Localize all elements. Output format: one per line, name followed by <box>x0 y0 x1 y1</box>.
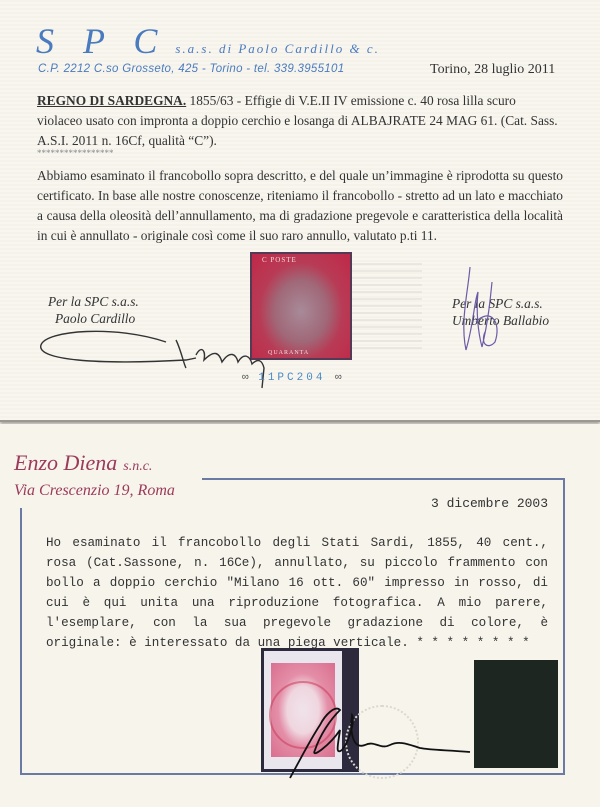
signature-diena <box>280 700 480 780</box>
spc-certificate: S P C s.a.s. di Paolo Cardillo & c. C.P.… <box>0 0 600 422</box>
stamp-description: REGNO DI SARDEGNA. 1855/63 - Effigie di … <box>37 91 563 151</box>
diena-name-text: Enzo Diena <box>14 450 117 475</box>
frame-border-left <box>20 508 22 774</box>
description-title: REGNO DI SARDEGNA. <box>37 93 186 108</box>
spc-logo-suffix: s.a.s. di Paolo Cardillo & c. <box>175 41 380 56</box>
separator-stars: ***************** <box>37 148 114 158</box>
embossed-seal <box>352 258 422 354</box>
diena-date: 3 dicembre 2003 <box>431 496 548 511</box>
signature-ballabio <box>440 262 510 362</box>
certificate-number-value: 11PC204 <box>258 372 325 384</box>
spc-logo-letters: S P C <box>36 21 167 61</box>
spc-date: Torino, 28 luglio 2011 <box>430 62 555 78</box>
spc-logo: S P C s.a.s. di Paolo Cardillo & c. <box>36 20 380 62</box>
frame-border-right <box>563 478 565 774</box>
diena-body-text: Ho esaminato il francobollo degli Stati … <box>46 533 548 653</box>
spc-body-text: Abbiamo esaminato il francobollo sopra d… <box>37 166 563 246</box>
frame-border-top <box>202 478 565 480</box>
stamp-top-label: C POSTE <box>262 256 297 264</box>
diena-name: Enzo Dienas.n.c. <box>14 450 152 476</box>
ornament-left-icon: ∞ <box>242 372 249 384</box>
diena-address: Via Crescenzio 19, Roma <box>14 482 175 500</box>
signatory-left-line1: Per la SPC s.a.s. <box>48 293 139 310</box>
redacted-box <box>474 660 558 768</box>
certificate-number: ∞ 11PC204 ∞ <box>242 372 342 384</box>
ornament-right-icon: ∞ <box>335 372 342 384</box>
spc-address: C.P. 2212 C.so Grosseto, 425 - Torino - … <box>38 63 344 75</box>
signature-cardillo <box>36 320 276 380</box>
diena-name-suffix: s.n.c. <box>123 459 152 474</box>
